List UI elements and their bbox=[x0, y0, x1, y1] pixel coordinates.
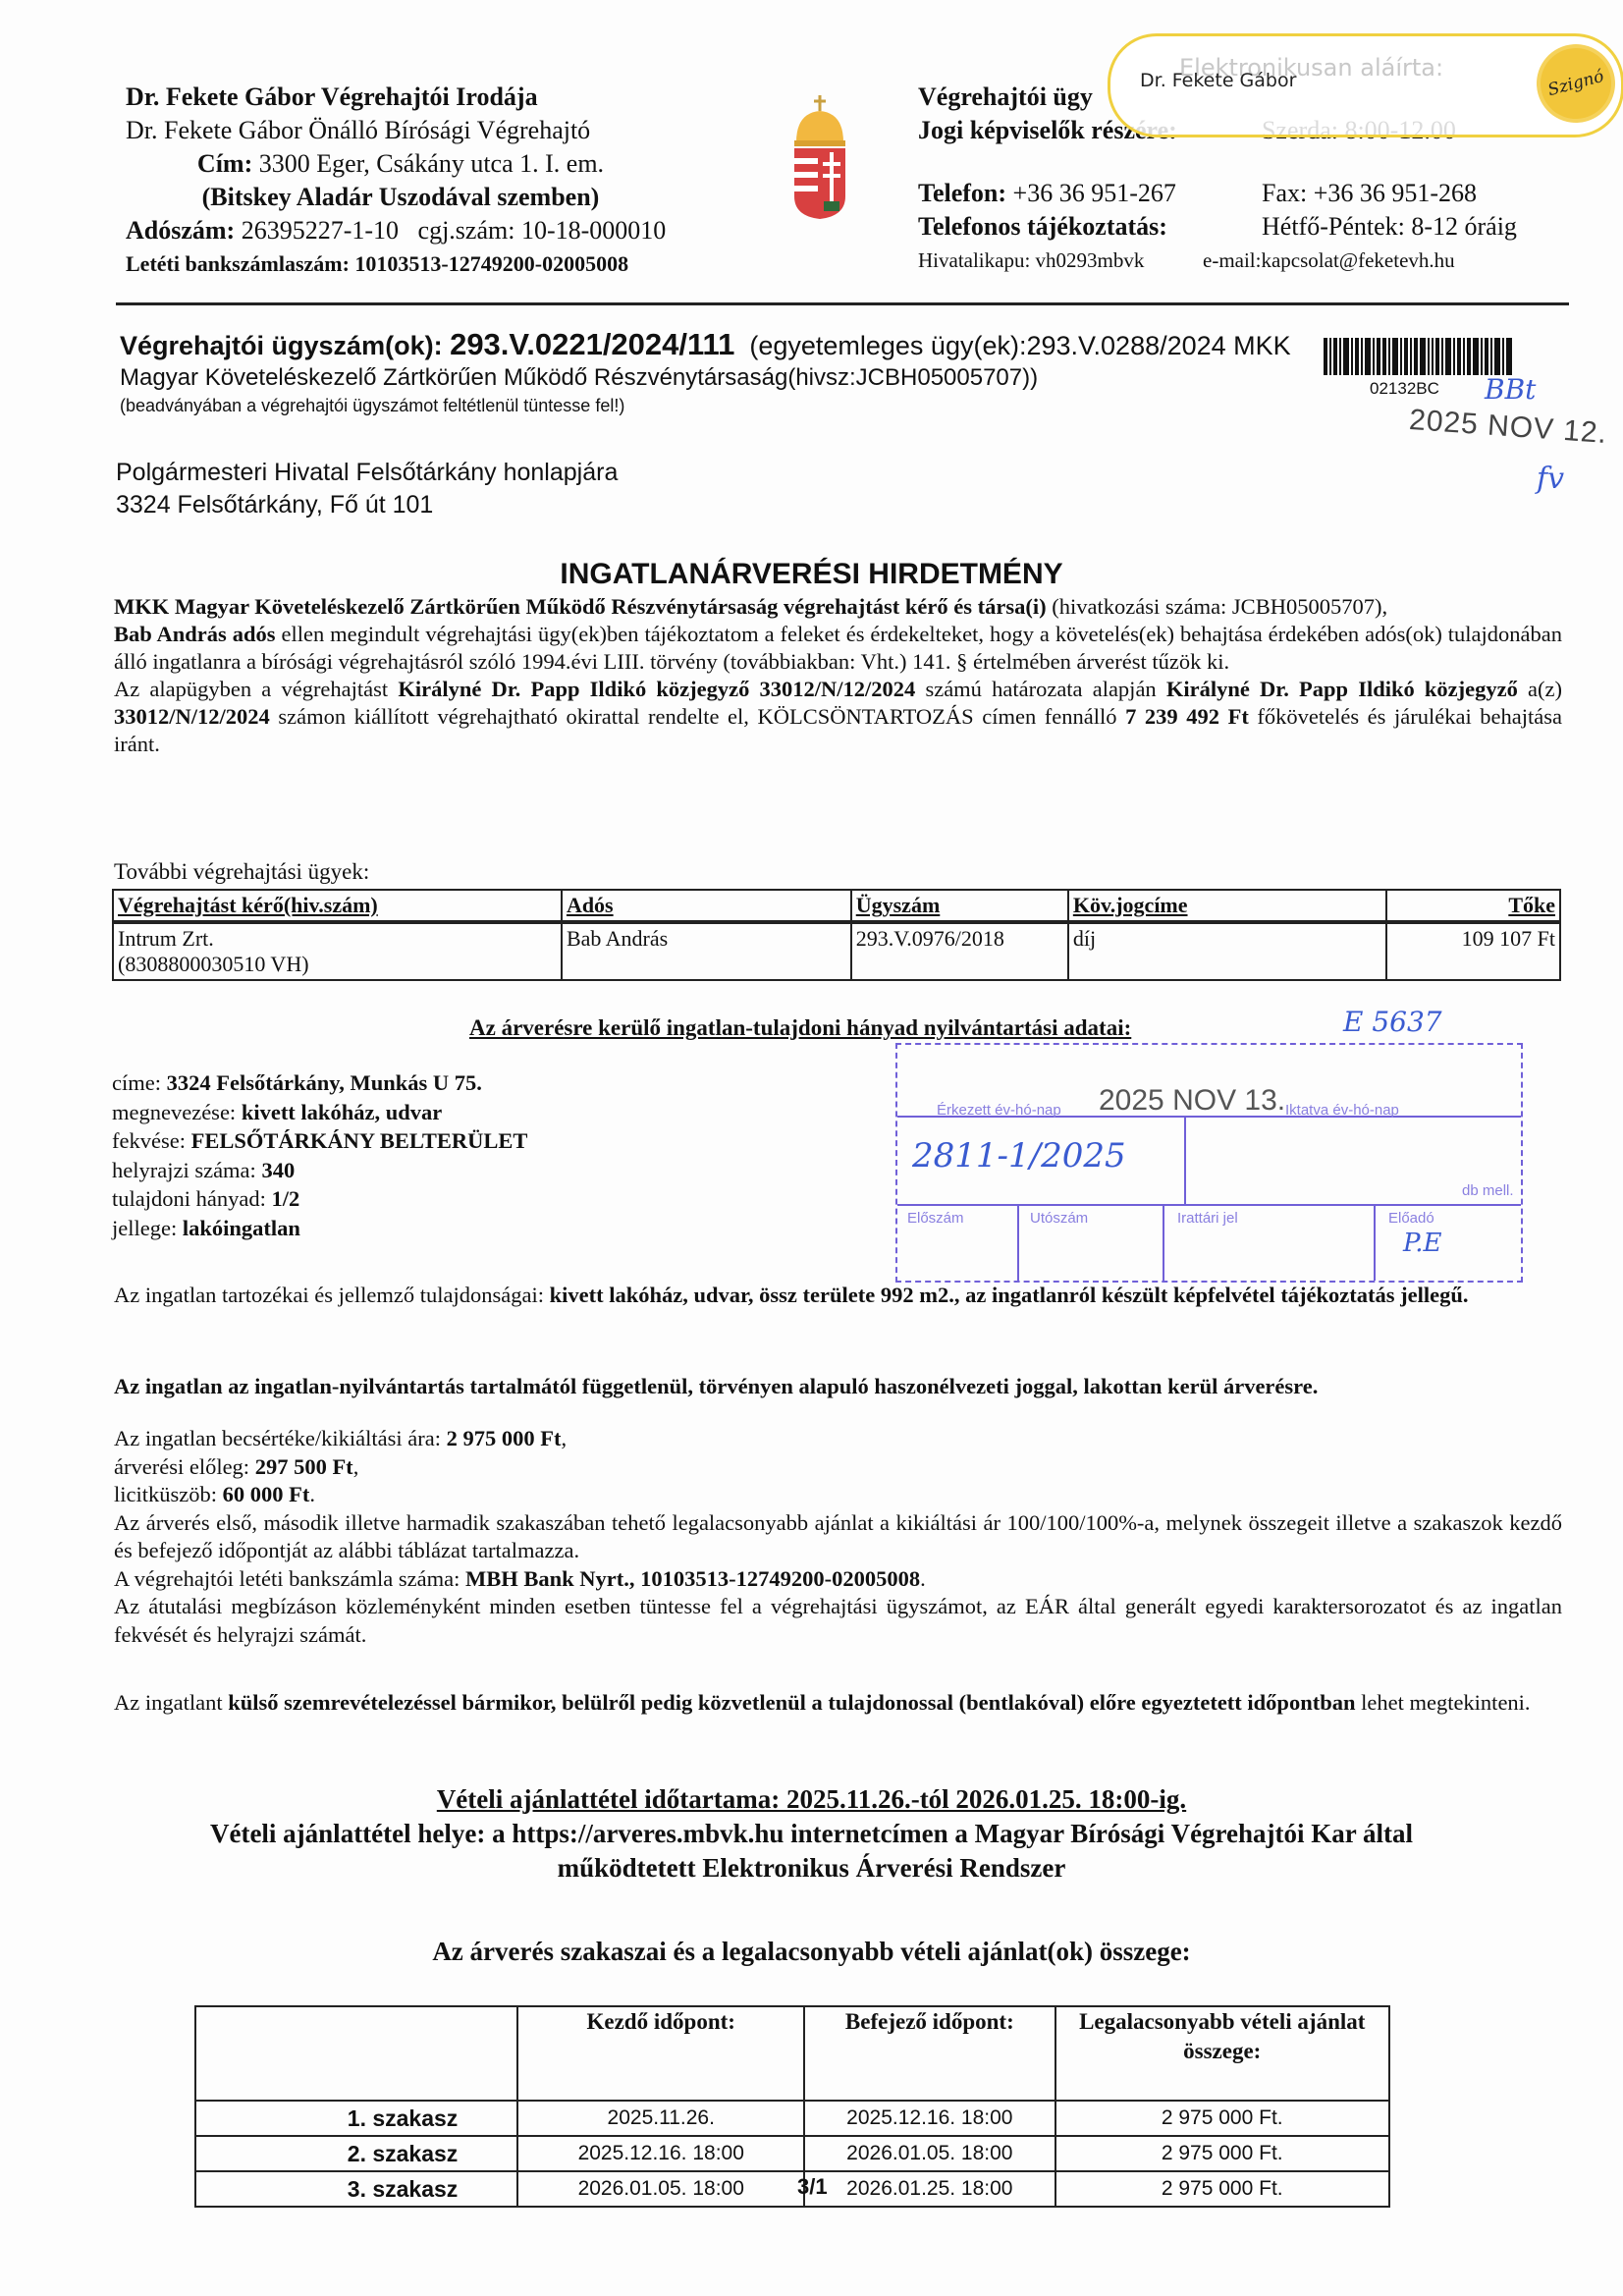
col-min-offer: Legalacsonyabb vételi ajánlat összege: bbox=[1055, 2006, 1390, 2101]
tax-number: Adószám: 26395227-1-10 cgj.szám: 10-18-0… bbox=[126, 214, 715, 247]
inspection-note: Az ingatlant külső szemrevételezéssel bá… bbox=[114, 1689, 1562, 1717]
col-creditor: Végrehajtást kérő(hiv.szám) bbox=[113, 890, 562, 922]
increment: licitküszöb: 60 000 Ft. bbox=[114, 1481, 1562, 1509]
handwritten-note: BBt bbox=[1485, 373, 1536, 406]
received-date-stamp: 2025 NOV 12. bbox=[1408, 404, 1608, 451]
more-cases-label: További végrehajtási ügyek: bbox=[114, 859, 369, 885]
esignature-signer: Dr. Fekete Gábor bbox=[1140, 70, 1296, 91]
page-number: 3/1 bbox=[797, 2174, 828, 2200]
property-field: tulajdoni hányad: 1/2 bbox=[112, 1184, 527, 1214]
handwritten-initials: fv bbox=[1537, 462, 1564, 496]
property-field: jellege: lakóingatlan bbox=[112, 1214, 527, 1243]
case-creditor: Magyar Követeléskezelő Zártkörűen Működő… bbox=[120, 363, 1318, 393]
office-address: Cím: 3300 Eger, Csákány utca 1. I. em. bbox=[126, 147, 676, 181]
property-details: címe: 3324 Felsőtárkány, Munkás U 75. me… bbox=[112, 1068, 527, 1242]
debtor-paragraph: Bab András adós ellen megindult végrehaj… bbox=[114, 621, 1562, 676]
signature-seal-icon: Szignó bbox=[1533, 40, 1619, 127]
basis-paragraph: Az alapügyben a végrehajtást Királyné Dr… bbox=[114, 676, 1562, 758]
registry-date: 2025 NOV 13. bbox=[1099, 1084, 1285, 1118]
property-accessories: Az ingatlan tartozékai és jellemző tulaj… bbox=[114, 1282, 1562, 1309]
property-field: helyrajzi száma: 340 bbox=[112, 1156, 527, 1185]
case-note: (beadványában a végrehajtói ügyszámot fe… bbox=[120, 393, 1318, 418]
handwritten-ref: E 5637 bbox=[1343, 1006, 1442, 1038]
document-title: INGATLANÁRVERÉSI HIRDETMÉNY bbox=[0, 558, 1623, 591]
col-start: Kezdő időpont: bbox=[517, 2006, 804, 2101]
min-offer-text: Az árverés első, második illetve harmadi… bbox=[114, 1509, 1562, 1565]
property-field: fekvése: FELSŐTÁRKÁNY BELTERÜLET bbox=[112, 1126, 527, 1156]
recipient-address: Polgármesteri Hivatal Felsőtárkány honla… bbox=[116, 457, 618, 521]
barcode-icon bbox=[1324, 338, 1512, 375]
phone: Telefon: +36 36 951-267Fax: +36 36 951-2… bbox=[918, 177, 1566, 210]
case-number: 293.V.0221/2024/111 bbox=[450, 327, 734, 361]
col-capital: Tőke bbox=[1386, 890, 1560, 922]
property-heading: Az árverésre kerülő ingatlan-tulajdoni h… bbox=[469, 1015, 1131, 1041]
creditor-paragraph: MKK Magyar Követeléskezelő Zártkörűen Mű… bbox=[114, 593, 1562, 621]
offer-place: Vételi ajánlattétel helye: a https://arv… bbox=[0, 1817, 1623, 1851]
header-divider bbox=[116, 302, 1569, 305]
table-row: 2. szakasz 2025.12.16. 18:00 2026.01.05.… bbox=[195, 2136, 1389, 2171]
usufruct-note: Az ingatlan az ingatlan-nyilvántartás ta… bbox=[114, 1373, 1562, 1400]
office-landmark: (Bitskey Aladár Uszodával szemben) bbox=[126, 181, 676, 214]
property-field: megnevezése: kivett lakóház, udvar bbox=[112, 1098, 527, 1127]
deposit: árverési előleg: 297 500 Ft, bbox=[114, 1453, 1562, 1482]
case-reference-block: Végrehajtói ügyszám(ok): 293.V.0221/2024… bbox=[120, 327, 1318, 418]
offer-period: Vételi ajánlattétel időtartama: 2025.11.… bbox=[0, 1782, 1623, 1817]
col-end: Befejező időpont: bbox=[804, 2006, 1055, 2101]
auction-stages-table: Kezdő időpont: Befejező időpont: Legalac… bbox=[194, 2005, 1390, 2208]
office-name: Dr. Fekete Gábor Végrehajtói Irodája bbox=[126, 81, 715, 114]
estimate: Az ingatlan becsértéke/kikiáltási ára: 2… bbox=[114, 1425, 1562, 1453]
table-row: 3. szakasz 2026.01.05. 18:00 2026.01.25.… bbox=[195, 2171, 1389, 2207]
col-title: Köv.jogcíme bbox=[1068, 890, 1386, 922]
offer-place-system: működtetett Elektronikus Árverési Rendsz… bbox=[0, 1851, 1623, 1886]
table-row: Intrum Zrt.(8308800030510 VH) Bab András… bbox=[113, 922, 1560, 980]
office-letterhead: Dr. Fekete Gábor Végrehajtói Irodája Dr.… bbox=[126, 81, 715, 281]
intro-paragraphs: MKK Magyar Követeléskezelő Zártkörűen Mű… bbox=[114, 593, 1562, 758]
stages-title: Az árverés szakaszai és a legalacsonyabb… bbox=[0, 1935, 1623, 1969]
barcode-code: 02132BC bbox=[1370, 379, 1439, 399]
col-case: Ügyszám bbox=[851, 890, 1068, 922]
more-cases-table: Végrehajtást kérő(hiv.szám) Adós Ügyszám… bbox=[112, 889, 1561, 981]
property-field: címe: 3324 Felsőtárkány, Munkás U 75. bbox=[112, 1068, 527, 1098]
escrow-bank-account: Letéti bankszámlaszám: 10103513-12749200… bbox=[126, 247, 715, 281]
contact-gateway: Hivatalikapu: vh0293mbvke-mail:kapcsolat… bbox=[918, 244, 1566, 277]
registry-initials: P.E bbox=[1403, 1229, 1441, 1258]
pricing-block: Az ingatlan becsértéke/kikiáltási ára: 2… bbox=[114, 1425, 1562, 1649]
phone-info: Telefonos tájékoztatás:Hétfő-Péntek: 8-1… bbox=[918, 210, 1566, 244]
registry-file-number: 2811-1/2025 bbox=[912, 1136, 1126, 1175]
registry-stamp: Érkezett év-hó-nap 2025 NOV 13. Iktatva … bbox=[895, 1043, 1523, 1283]
transfer-note: Az átutalási megbízáson közleményként mi… bbox=[114, 1593, 1562, 1649]
hungarian-coat-of-arms-icon bbox=[790, 93, 849, 221]
electronic-signature-badge[interactable]: Elektronikusan aláírta: Dr. Fekete Gábor… bbox=[1108, 33, 1623, 137]
table-row: 1. szakasz 2025.11.26. 2025.12.16. 18:00… bbox=[195, 2101, 1389, 2136]
bailiff-title: Dr. Fekete Gábor Önálló Bírósági Végreha… bbox=[126, 114, 715, 147]
bank-account: A végrehajtói letéti bankszámla száma: M… bbox=[114, 1565, 1562, 1594]
col-debtor: Adós bbox=[562, 890, 851, 922]
case-number-line: Végrehajtói ügyszám(ok): 293.V.0221/2024… bbox=[120, 327, 1318, 363]
